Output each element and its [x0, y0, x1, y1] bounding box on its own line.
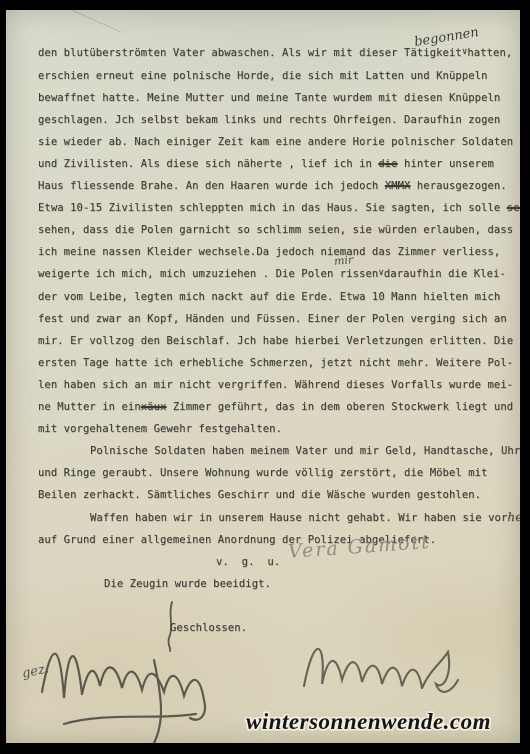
- document-line: den blutüberströmten Vater abwaschen. Al…: [38, 42, 530, 65]
- document-line: mit vorgehaltenem Gewehr festgehalten.: [38, 418, 530, 440]
- document-line: v. g. u.: [38, 551, 530, 573]
- document-line: und Zivilisten. Als diese sich näherte ,…: [38, 153, 530, 175]
- scan-border-top: [0, 0, 530, 10]
- document-line: und Ringe geraubt. Unsere Wohnung wurde …: [38, 462, 530, 484]
- signature-left: [20, 626, 245, 754]
- scanned-document-page: den blutüberströmten Vater abwaschen. Al…: [0, 0, 530, 754]
- document-line: sehen, dass die Polen garnicht so schlim…: [38, 219, 530, 241]
- document-line: auf Grund einer allgemeinen Anordnung de…: [38, 529, 530, 551]
- document-line: mir. Er vollzog den Beischlaf. Jch habe …: [38, 330, 530, 352]
- scan-border-bottom: [0, 743, 530, 754]
- document-line: erschien erneut eine polnische Horde, di…: [38, 65, 530, 87]
- document-line: Etwa 10-15 Zivilisten schleppten mich in…: [38, 197, 530, 219]
- document-lines: den blutüberströmten Vater abwaschen. Al…: [38, 42, 530, 639]
- document-line: bewaffnet hatte. Meine Mutter und meine …: [38, 87, 530, 109]
- document-line: geschlagen. Jch selbst bekam links und r…: [38, 109, 530, 131]
- document-line: sie wieder ab. Nach einiger Zeit kam ein…: [38, 131, 530, 153]
- document-line: len haben sich an mir nicht vergriffen. …: [38, 374, 530, 396]
- document-line: Haus fliessende Brahe. An den Haaren wur…: [38, 175, 530, 197]
- document-line: ersten Tage hatte ich erhebliche Schmerz…: [38, 352, 530, 374]
- document-line: Die Zeugin wurde beeidigt.: [38, 573, 530, 595]
- scan-border-right: [520, 0, 530, 754]
- handwritten-insertion-mir: mir: [333, 253, 353, 268]
- document-line: fest und zwar an Kopf, Händen und Füssen…: [38, 308, 530, 330]
- document-line: ne Mutter in einxäux Zimmer geführt, das…: [38, 396, 530, 418]
- document-line: ich meine nassen Kleider wechsele.Da jed…: [38, 241, 530, 263]
- document-line: Polnische Soldaten haben meinem Vater un…: [38, 440, 530, 462]
- document-line: Beilen zerhackt. Sämtliches Geschirr und…: [38, 484, 530, 506]
- document-line: weigerte ich mich, mich umzuziehen . Die…: [38, 263, 530, 286]
- signature-right: [290, 624, 468, 722]
- scan-border-left: [0, 0, 6, 754]
- watermark: wintersonnenwende.com: [246, 709, 491, 735]
- document-line: der vom Leibe, legten mich nackt auf die…: [38, 286, 530, 308]
- document-line: Waffen haben wir in unserem Hause nicht …: [38, 506, 530, 529]
